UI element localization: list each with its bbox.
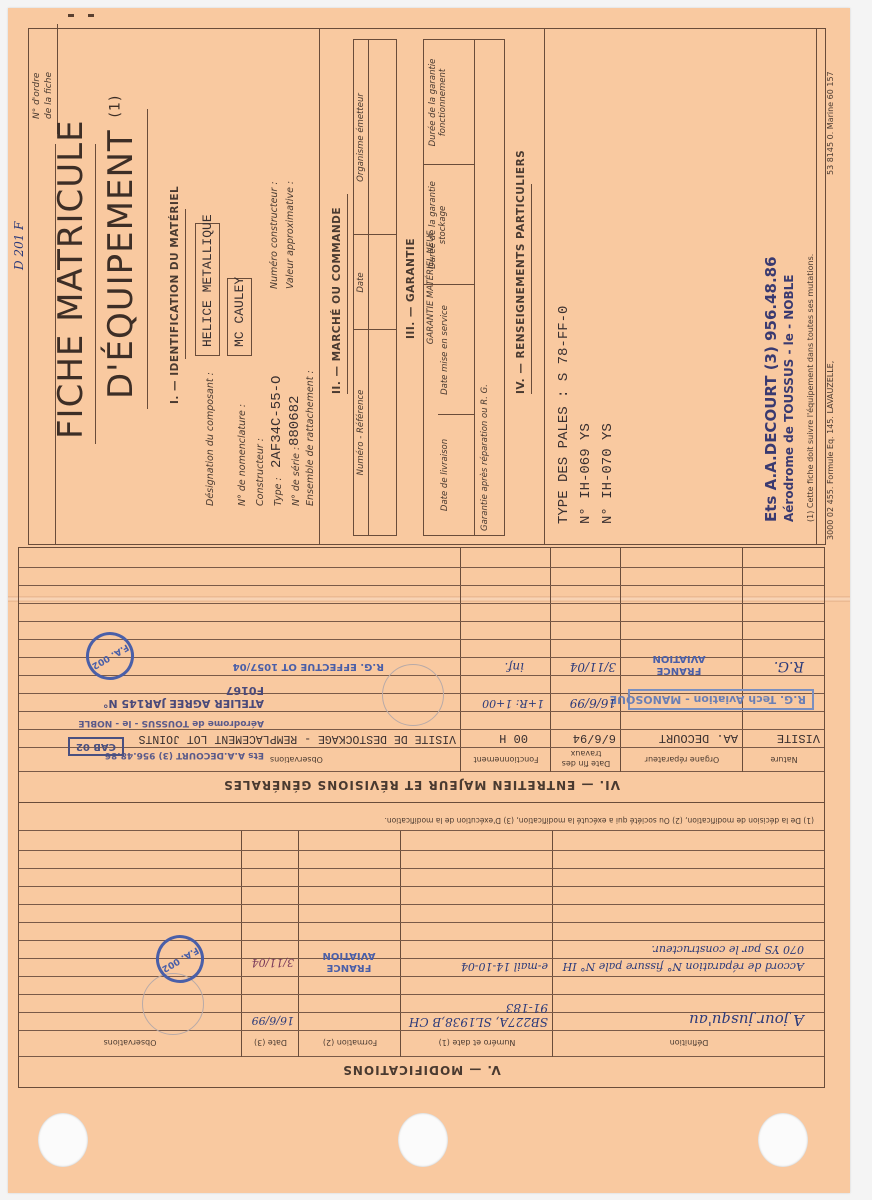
designation-label: Désignation du composant : (205, 372, 216, 506)
rg-effectue-stamp: R.G. EFFECTUE OT 1057/04 (124, 661, 384, 672)
constructeur-value: MC CAULEY (227, 278, 252, 356)
atelier-agree-stamp: ATELIER AGREE JAR145 N° F0167 (84, 684, 264, 710)
france-aviation-stamp: FRANCE AVIATION (644, 652, 714, 676)
divider (531, 184, 532, 394)
serie-value: 880682 (287, 396, 303, 446)
section-heading: V. — MODIFICATIONS (19, 1063, 824, 1077)
after-repair-label: Garantie après réparation ou R. G. (480, 384, 490, 531)
divider (147, 109, 148, 409)
col-header: Observations (19, 1038, 241, 1047)
binder-hole (758, 1113, 808, 1167)
entretien-date: 3/11/04 (570, 660, 616, 674)
serie-label: N° de série : (291, 447, 302, 506)
divider (816, 29, 817, 544)
punch-mark (88, 14, 94, 17)
entretien-organe: AA. DECOURT (659, 731, 738, 745)
page-title-2: D'ÉQUIPEMENT (1) (101, 95, 141, 399)
renseignements-panel: TYPE DES PALES : S 78-FF-0 N° IH-069 YS … (544, 29, 825, 544)
fa-badge-stamp: F.A. 002 (77, 623, 143, 689)
entretien-fonctionnement: 1+R: 1+00 (482, 697, 544, 710)
identification-panel: N° d'ordre de la fiche FICHE MATRICULE D… (29, 29, 319, 544)
corner-note: D 201 F (12, 222, 26, 270)
col-header: Numéro - Référence (356, 330, 366, 535)
col-header: Numéro et date (1) (402, 1038, 552, 1047)
type-value: 2AF34C-55-O (269, 376, 285, 468)
entretien-nature: R.G. (774, 658, 804, 674)
section-heading: VI. — ENTRETIEN MAJEUR ET RÉVISIONS GÉNÉ… (19, 778, 824, 792)
entretien-date: 16/6/99 (570, 696, 616, 710)
binder-hole (38, 1113, 88, 1167)
entretien-fonctionnement: inf. (505, 660, 524, 674)
col-header: Date fin des travaux (552, 748, 620, 768)
col-header: Date mise en service (440, 285, 450, 415)
constructeur-label: Constructeur : (255, 438, 266, 506)
divider (185, 209, 186, 359)
marche-table: Numéro - Référence Date Organisme émette… (353, 39, 397, 536)
company-stamp-line1: Ets A.A.DECOURT (3) 956.48.86 (762, 256, 780, 522)
footnote: (1) Cette fiche doit suivre l'équipement… (806, 254, 815, 522)
col-header: Date (3) (243, 1038, 298, 1047)
nomenclature-label: N° de nomenclature : (237, 404, 248, 506)
marche-garantie-panel: II. — MARCHÉ OU COMMANDE Numéro - Référe… (319, 29, 544, 544)
col-header: Nature (744, 755, 824, 764)
mod-numero: SB227A, SL1938,B CH 91-183 (398, 1001, 548, 1029)
col-header: Organisme émetteur (356, 40, 366, 235)
pales-type: TYPE DES PALES : S 78-FF-0 (556, 306, 572, 524)
mod-date: 16/6/99 (252, 1014, 294, 1027)
binder-hole (398, 1113, 448, 1167)
section-heading: IV. — RENSEIGNEMENTS PARTICULIERS (515, 150, 527, 394)
col-header: Formation (2) (300, 1038, 400, 1047)
col-header: Définition (554, 1038, 824, 1047)
printer-credit: 3000 02 455. Formule Eq. 145. LAVAUZELLE… (826, 361, 835, 540)
punch-mark (68, 14, 74, 17)
col-header: Date (356, 235, 366, 330)
divider (347, 194, 348, 394)
entretien-nature: VISITE (777, 731, 820, 745)
valeur-label: Valeur approximative : (285, 181, 296, 289)
entretien-fonctionnement: 00 H (499, 731, 528, 745)
numero-constructeur-label: Numéro constructeur : (269, 181, 280, 289)
col-header: Durée de la garantie stockage (428, 165, 448, 285)
mod-definition: Accord de réparation N° fissure pale N° … (559, 941, 804, 975)
cab-stamp: CAB 02 (68, 737, 124, 756)
divider (95, 144, 96, 444)
col-header: Organe réparateur (622, 755, 742, 764)
rattachement-label: Ensemble de rattachement : (305, 370, 316, 506)
section-heading: III. — GARANTIE (405, 238, 417, 339)
pale-serial-2: N° IH-070 YS (600, 423, 616, 524)
section-heading: II. — MARCHÉ OU COMMANDE (331, 207, 343, 394)
company-stamp-line2: Aérodrome de TOUSSUS - le - NOBLE (782, 275, 796, 523)
pale-serial-1: N° IH-069 YS (578, 423, 594, 524)
divider (57, 24, 58, 134)
decourt-stamp: Ets A.A.DECOURT (3) 956.48.86 (105, 750, 264, 760)
col-header: Date de livraison (440, 415, 450, 535)
ordre-label: N° d'ordre de la fiche (31, 72, 55, 119)
col-header: Durée de la garantie fonctionnement (428, 40, 448, 165)
entretien-observations: VISITE DE DESTOCKAGE - REMPLACEMENT LOT … (139, 732, 456, 745)
france-aviation-stamp: FRANCE AVIATION (314, 949, 384, 973)
garantie-table: GARANTIE MATÉRIEL NEUF Date de livraison… (423, 39, 505, 536)
mod-date: 3/11/04 (252, 956, 294, 969)
upper-section: N° d'ordre de la fiche FICHE MATRICULE D… (28, 28, 826, 545)
mod-definition: A jour jusqu'au (689, 1011, 804, 1029)
round-stamp-faded (382, 664, 444, 726)
entretien-table: VI. — ENTRETIEN MAJEUR ET RÉVISIONS GÉNÉ… (18, 547, 825, 804)
type-label: Type : (273, 477, 284, 506)
mod-numero: e-mail 14-10-04 (408, 960, 548, 973)
entretien-date: 6/6/94 (573, 731, 616, 745)
form-code: 53 8145 0. Marine 60 157 (826, 71, 835, 175)
decourt-stamp-2: Aérodrome de TOUSSUS - le - NOBLE (78, 718, 264, 728)
section-heading: I. — IDENTIFICATION DU MATÉRIEL (169, 186, 181, 404)
designation-value: HELICE METALLIQUE (195, 223, 220, 356)
modifications-footnote: (1) De la décision de modification, (2) … (29, 816, 814, 825)
page-title: FICHE MATRICULE (51, 119, 91, 439)
lower-section: V. — MODIFICATIONS Définition Numéro et … (20, 548, 825, 1088)
col-header: Fonctionnement (462, 755, 550, 764)
modifications-table: V. — MODIFICATIONS Définition Numéro et … (18, 802, 825, 1088)
rg-tech-aviation-stamp: R.G. Tech Aviation - MANOSQUE (628, 689, 814, 710)
